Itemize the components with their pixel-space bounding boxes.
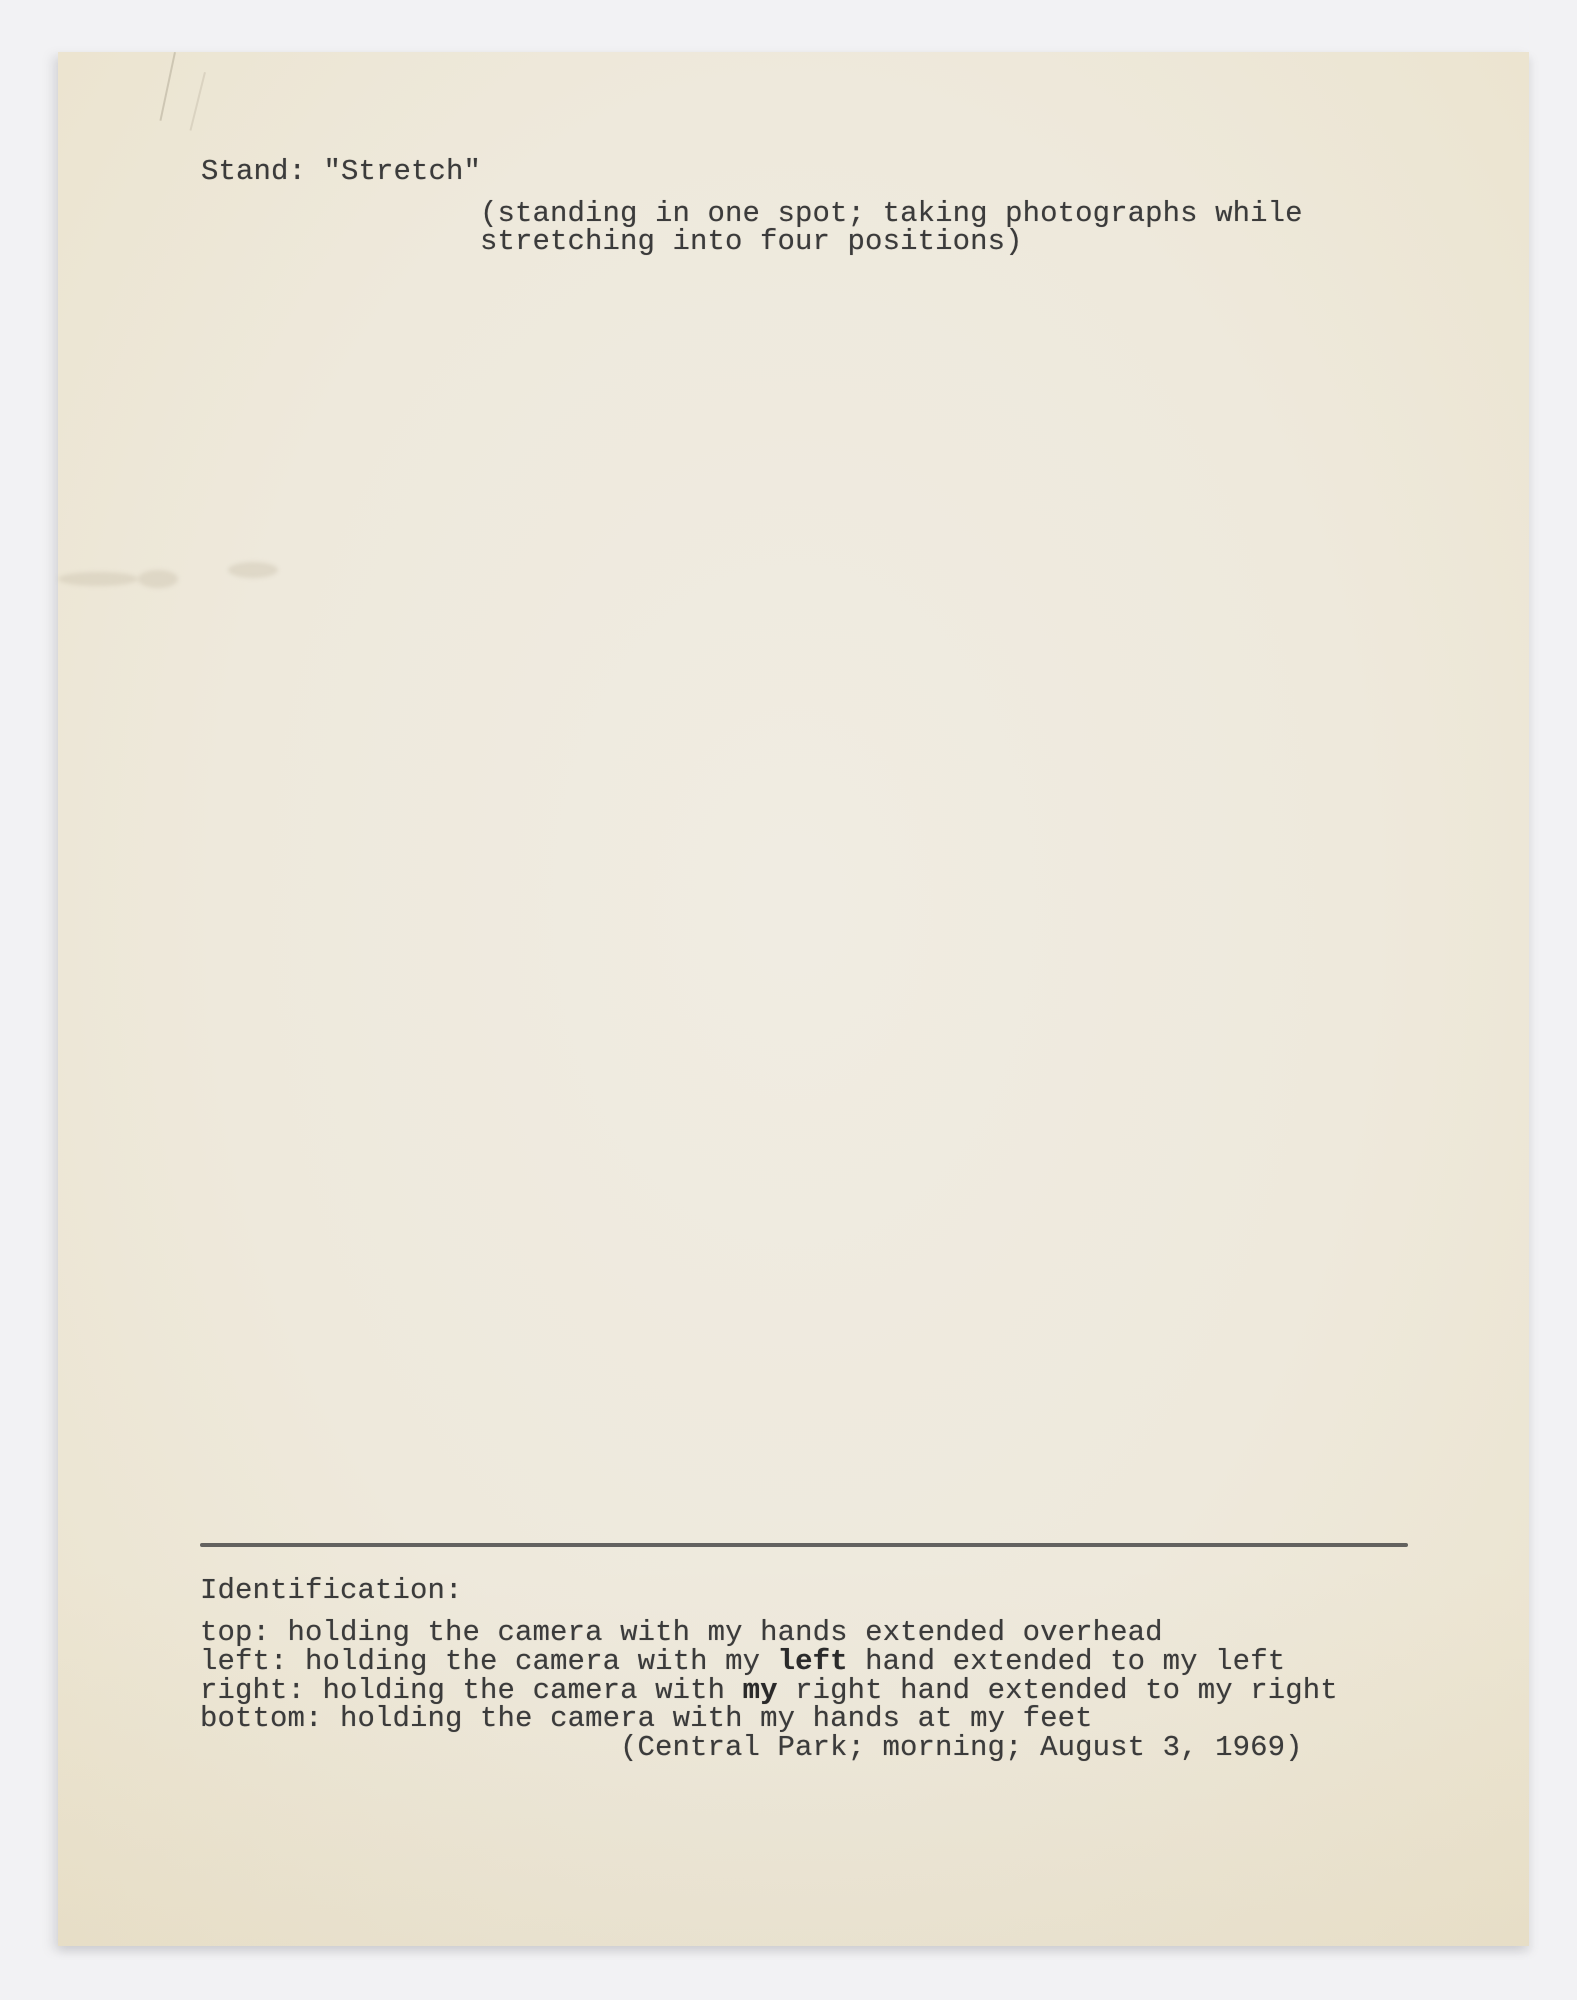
position-label: bottom: bbox=[200, 1702, 323, 1735]
paper-crease bbox=[159, 52, 176, 121]
identification-line-top: top: holding the camera with my hands ex… bbox=[200, 1618, 1163, 1648]
paper-stain bbox=[58, 572, 138, 586]
identification-label: Identification: bbox=[200, 1576, 463, 1606]
paper-crease bbox=[189, 72, 205, 131]
horizontal-rule bbox=[200, 1543, 1408, 1547]
paper-stain bbox=[138, 570, 178, 588]
identification-line-bottom: bottom: holding the camera with my hands… bbox=[200, 1704, 1093, 1734]
identification-line-left: left: holding the camera with my left ha… bbox=[200, 1647, 1285, 1677]
description-line-2: stretching into four positions) bbox=[480, 227, 1023, 257]
paper-stain bbox=[228, 562, 278, 578]
location-date-caption: (Central Park; morning; August 3, 1969) bbox=[620, 1733, 1303, 1763]
stand-title: Stand: "Stretch" bbox=[201, 157, 481, 187]
